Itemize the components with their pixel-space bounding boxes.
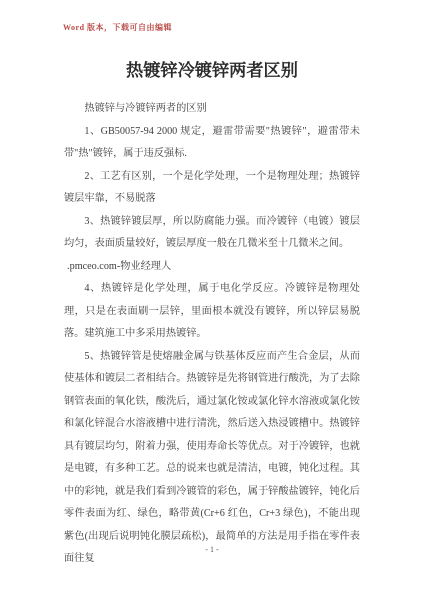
site-watermark: .pmceo.com-物业经理人 (64, 256, 360, 279)
paragraph-item-2: 2、工艺有区别，一个是化学处理，一个是物理处理；热镀锌镀层牢靠，不易脱落 (64, 166, 360, 211)
paragraph-item-5: 5、热镀锌管是使熔融金属与铁基体反应而产生合金层，从而使基体和镀层二者相结合。热… (64, 346, 360, 571)
document-body: 热镀锌与冷镀锌两者的区别 1、GB50057-94 2000 规定，避雷带需要"… (64, 98, 360, 571)
document-title: 热镀锌冷镀锌两者区别 (0, 61, 424, 80)
paragraph-item-1: 1、GB50057-94 2000 规定，避雷带需要"热镀锌"，避雷带未带"热"… (64, 121, 360, 166)
paragraph-intro: 热镀锌与冷镀锌两者的区别 (64, 98, 360, 121)
page-number: - 1 - (0, 545, 424, 554)
header-note: Word 版本，下载可自由编辑 (63, 22, 172, 33)
paragraph-item-4: 4、热镀锌是化学处理，属于电化学反应。冷镀锌是物理处理，只是在表面刷一层锌，里面… (64, 278, 360, 346)
document-page: Word 版本，下载可自由编辑 热镀锌冷镀锌两者区别 热镀锌与冷镀锌两者的区别 … (0, 0, 424, 600)
paragraph-item-3: 3、热镀锌镀层厚，所以防腐能力强。而冷镀锌（电镀）镀层均匀，表面质量较好，镀层厚… (64, 211, 360, 256)
